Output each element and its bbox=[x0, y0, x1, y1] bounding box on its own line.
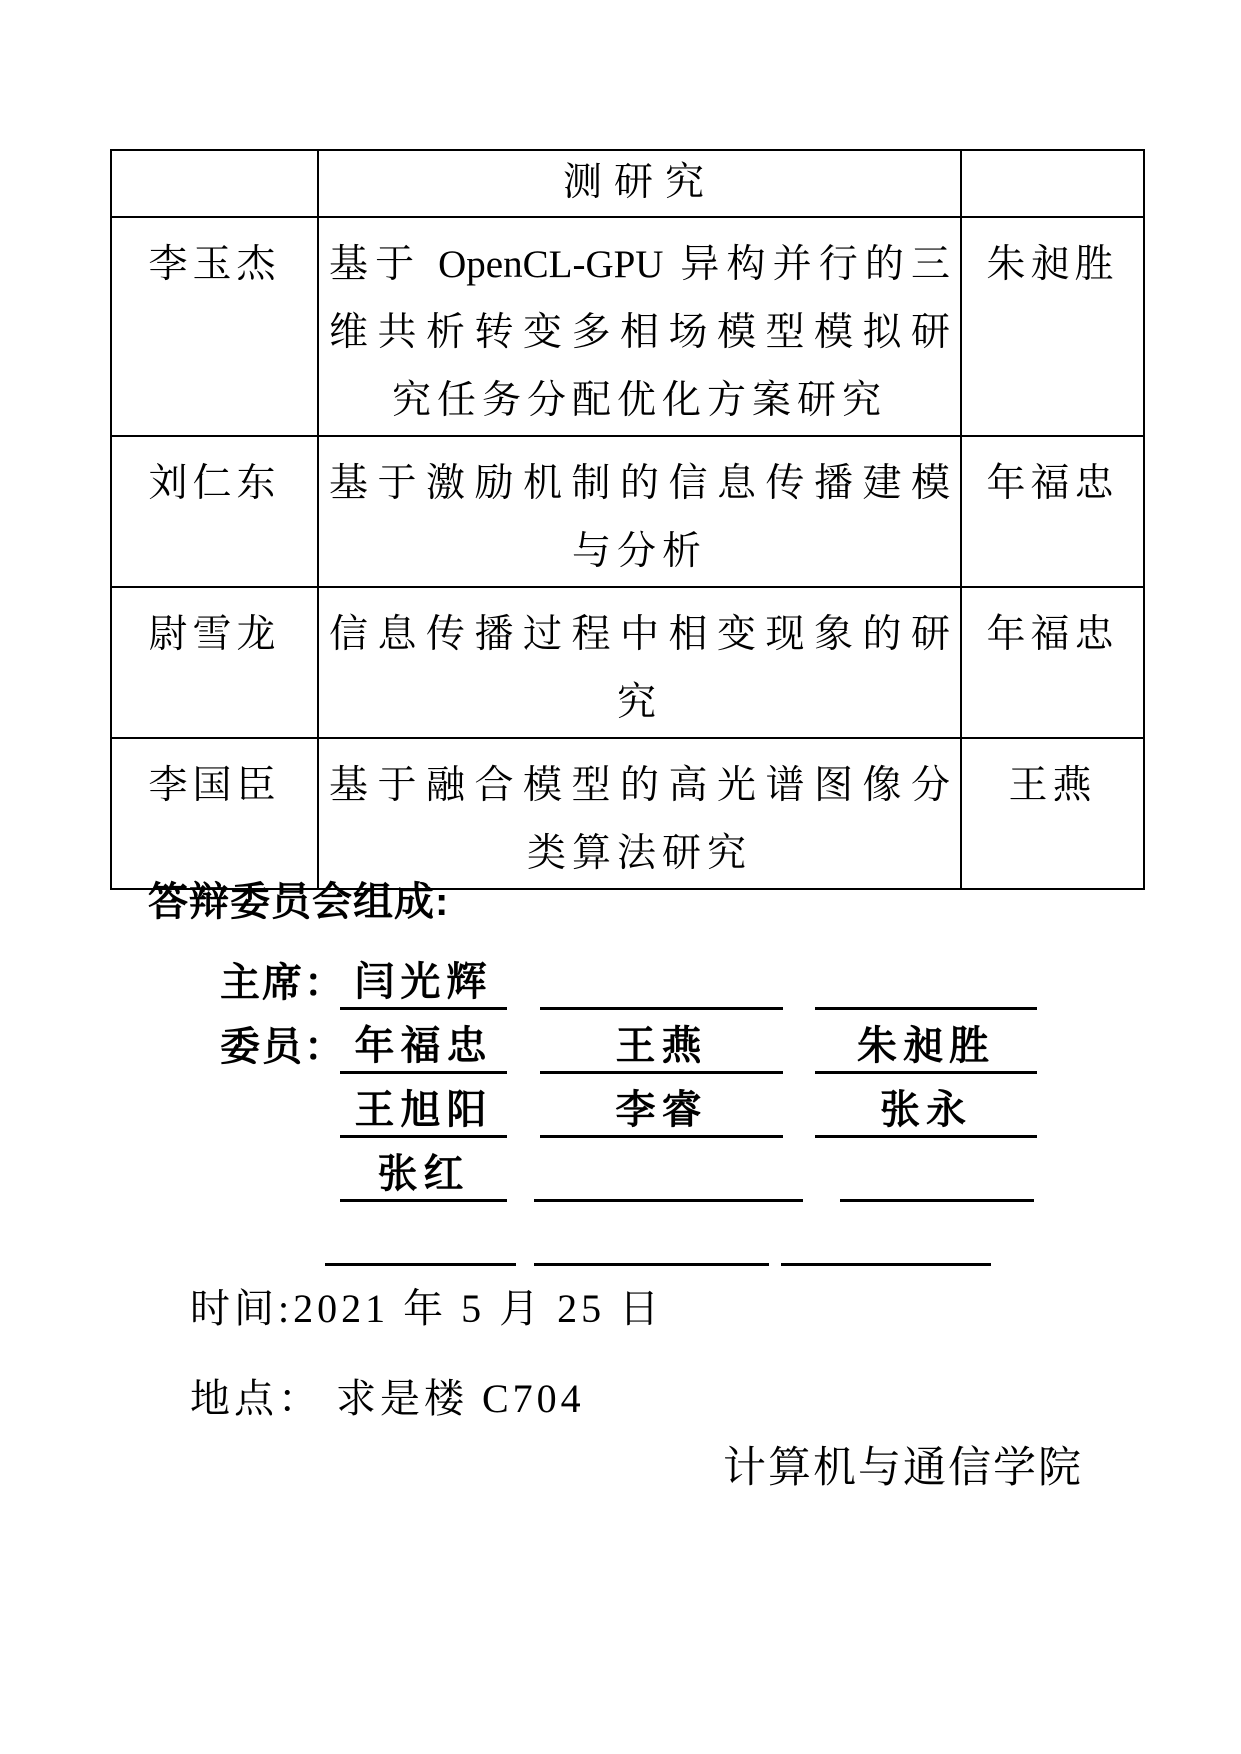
signature-line-member: 张永 bbox=[815, 1087, 1037, 1138]
thesis-title-line: 究任务分配优化方案研究 bbox=[329, 367, 950, 435]
thesis-title-line: 基于融合模型的高光谱图像分 bbox=[329, 752, 950, 820]
student-name-cell: 刘仁东 bbox=[111, 436, 318, 587]
table-row-student: 李玉杰 基于 OpenCL-GPU 异构并行的三 维共析转变多相场模型模拟研 究… bbox=[111, 217, 1144, 436]
thesis-title-line: 基于激励机制的信息传播建模 bbox=[329, 450, 950, 518]
signature-line-member: 李睿 bbox=[540, 1087, 783, 1138]
signature-line-blank bbox=[815, 959, 1037, 1010]
department-signature: 计算机与通信学院 bbox=[723, 1442, 1083, 1496]
student-name-cell: 李玉杰 bbox=[111, 217, 318, 436]
thesis-title-cell: 基于激励机制的信息传播建模 与分析 bbox=[318, 436, 961, 587]
student-name-cell: 李国臣 bbox=[111, 738, 318, 889]
thesis-title-cell: 基于 OpenCL-GPU 异构并行的三 维共析转变多相场模型模拟研 究任务分配… bbox=[318, 217, 961, 436]
thesis-title-cell: 基于融合模型的高光谱图像分 类算法研究 bbox=[318, 738, 961, 889]
signature-line-blank bbox=[534, 1151, 803, 1202]
advisor-name-cell: 王燕 bbox=[961, 738, 1144, 889]
thesis-title-line: 信息传播过程中相变现象的研 bbox=[329, 601, 950, 669]
student-name-cell: 尉雪龙 bbox=[111, 587, 318, 738]
thesis-title-cell: 信息传播过程中相变现象的研 究 bbox=[318, 587, 961, 738]
thesis-title-line: 究 bbox=[329, 669, 950, 737]
chair-label: 主席： bbox=[220, 959, 346, 1007]
defense-location: 地点： 求是楼 C704 bbox=[190, 1374, 585, 1424]
signature-line-member: 年福忠 bbox=[340, 1023, 507, 1074]
thesis-title-line: 与分析 bbox=[329, 518, 950, 586]
document-page: 测研究 李玉杰 基于 OpenCL-GPU 异构并行的三 维共析转变多相场模型模… bbox=[0, 0, 1241, 1754]
table-row-student: 尉雪龙 信息传播过程中相变现象的研 究 年福忠 bbox=[111, 587, 1144, 738]
thesis-title-line: 类算法研究 bbox=[329, 820, 950, 888]
advisor-name-cell bbox=[961, 150, 1144, 217]
thesis-title-continuation-text: 测研究 bbox=[329, 151, 950, 215]
signature-line-member: 张红 bbox=[340, 1151, 507, 1202]
signature-line-chair: 闫光辉 bbox=[340, 959, 507, 1010]
table-row-student: 李国臣 基于融合模型的高光谱图像分 类算法研究 王燕 bbox=[111, 738, 1144, 889]
signature-line-blank bbox=[534, 1215, 769, 1266]
member-label: 委员： bbox=[220, 1023, 346, 1071]
thesis-title-line: 基于 OpenCL-GPU 异构并行的三 bbox=[329, 231, 950, 299]
defense-time: 时间:2021 年 5 月 25 日 bbox=[190, 1284, 663, 1334]
advisor-name-cell: 年福忠 bbox=[961, 587, 1144, 738]
signature-line-member: 王燕 bbox=[540, 1023, 783, 1074]
thesis-title-cell: 测研究 bbox=[318, 150, 961, 217]
advisor-name-cell: 年福忠 bbox=[961, 436, 1144, 587]
table-row-student: 刘仁东 基于激励机制的信息传播建模 与分析 年福忠 bbox=[111, 436, 1144, 587]
thesis-title-line: 维共析转变多相场模型模拟研 bbox=[329, 299, 950, 367]
table-row-title-continuation: 测研究 bbox=[111, 150, 1144, 217]
signature-line-blank bbox=[325, 1215, 516, 1266]
thesis-defense-table: 测研究 李玉杰 基于 OpenCL-GPU 异构并行的三 维共析转变多相场模型模… bbox=[110, 149, 1145, 890]
signature-line-member: 朱昶胜 bbox=[815, 1023, 1037, 1074]
signature-line-blank bbox=[781, 1215, 991, 1266]
advisor-name-cell: 朱昶胜 bbox=[961, 217, 1144, 436]
signature-line-blank bbox=[540, 959, 783, 1010]
committee-heading: 答辩委员会组成: bbox=[148, 879, 449, 925]
signature-line-member: 王旭阳 bbox=[340, 1087, 507, 1138]
student-name-cell bbox=[111, 150, 318, 217]
signature-line-blank bbox=[840, 1151, 1034, 1202]
